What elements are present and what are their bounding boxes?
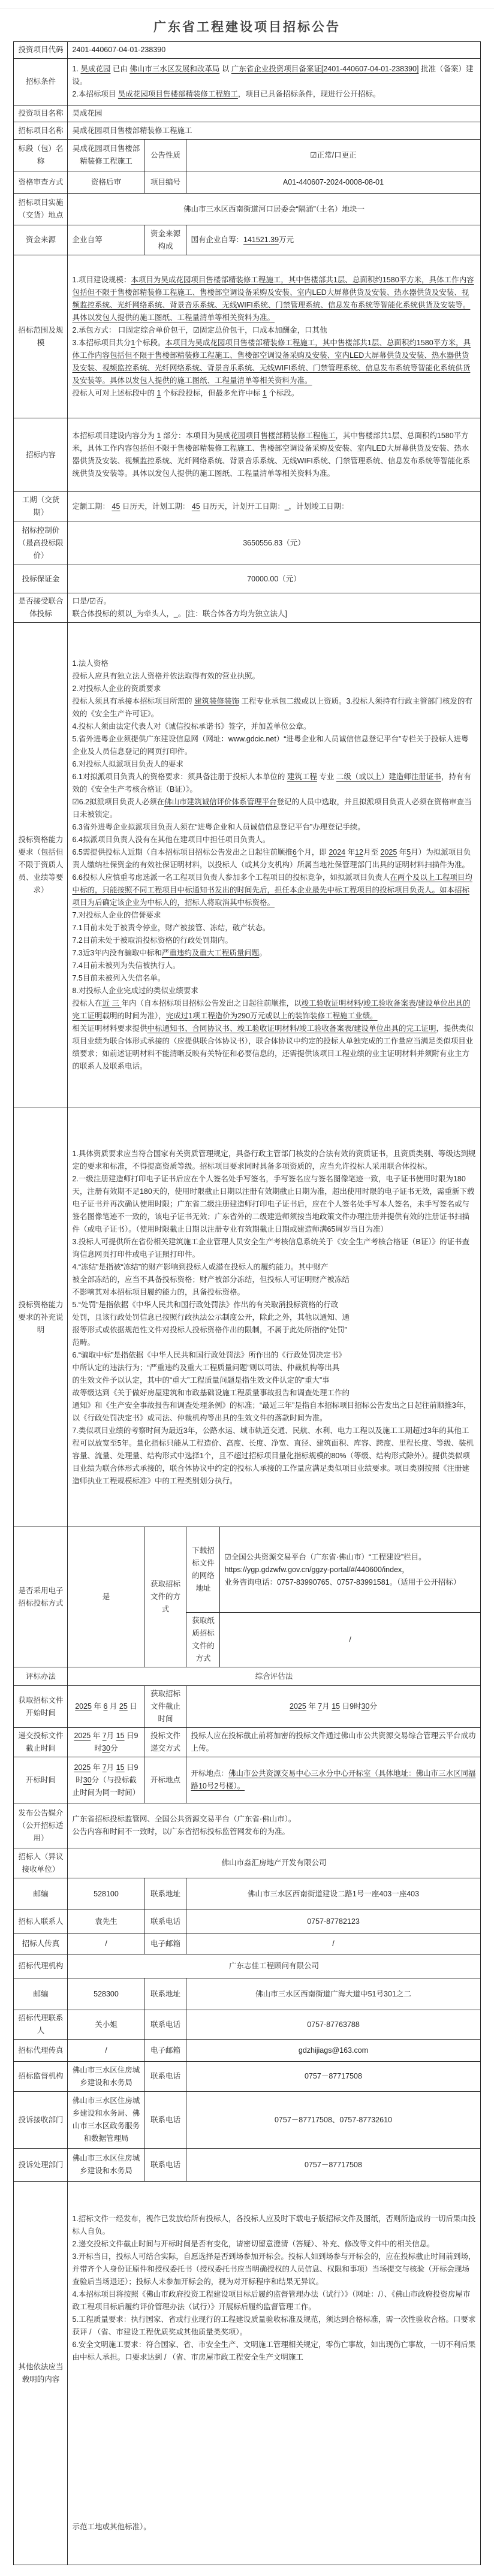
submission-method-value: 投标人应在投标截止前将加密的投标文件通过佛山市公共资源交易综合管理云平台成功上传…: [186, 1728, 480, 1757]
bid-bond-label: 投标保证金: [14, 565, 68, 593]
doc-download-url-value: ☑全国公共资源交易平台（广东省·佛山市）“工程建设”栏目。https://ygp…: [220, 1527, 480, 1613]
agency-email-label: 电子邮箱: [144, 2040, 186, 2062]
agency-value: 广东志佳工程顾问有限公司: [68, 1954, 480, 1978]
table-row-evaluation-method: 评标办法综合评估法: [14, 1667, 480, 1686]
table-row-construction-period: 工期（交货期）定额工期： 45 日历天，计划工期： 45 日历天，计划开工日期：…: [14, 492, 480, 521]
complaint-receiving-label: 投诉接收部门: [14, 2092, 68, 2149]
table-row-tender-content: 招标内容本招标项目建设内容分为 1 部分：本项目为昊成花园项目售楼部精装修工程施…: [14, 418, 480, 492]
doc-obtain-deadline-value: 2025 年 7月 15 日9时30分: [186, 1686, 480, 1728]
fund-composition-value: 国有企业自筹：141521.39万元: [186, 225, 480, 255]
tenderer-postcode-value: 528100: [68, 1878, 144, 1910]
agency-postcode-label: 邮编: [14, 1978, 68, 2010]
construction-period-value: 定额工期： 45 日历天，计划工期： 45 日历天，计划开工日期：_，计划竣工日…: [68, 492, 480, 521]
tenderer-address-value: 佛山市三水区西南街道建设二路1号一座403一座403: [186, 1878, 480, 1910]
doc-obtain-method-label: 获取招标文件的方式: [144, 1527, 186, 1667]
control-price-value: 3650556.83（元）: [68, 521, 480, 565]
tender-scope-value: 1.项目建设规模：本项目为昊成花园项目售楼部精装修工程施工，其中售楼部共1层、总…: [68, 255, 480, 418]
tenderer-fax-value: /: [68, 1933, 144, 1954]
table-row-tenderer-fax: 招标人传真/电子邮箱/: [14, 1933, 480, 1954]
table-row-agency-postcode: 邮编528300联系地址佛山市三水区西南街道广海大道中51号301之二: [14, 1978, 480, 2010]
table-row-complaint-handling: 投诉处理部门佛山市三水区住房城乡建设和水务局联系电话0757－87717508: [14, 2149, 480, 2182]
tenderer-email-value: /: [186, 1933, 480, 1954]
announcement-media-value: 广东省招标投标监管网、全国公共资源交易平台（广东省·佛山市）。公告内容和时间不一…: [68, 1803, 480, 1848]
table-row-submission-deadline: 递交投标文件截止时间2025 年 7月 15 日9时30分投标文件递交方式投标人…: [14, 1728, 480, 1757]
agency-contact-value: 关小姐: [68, 2010, 144, 2040]
table-row-qualification-review: 资格审查方式资格后审项目编号A01-440607-2024-0008-08-01: [14, 171, 480, 194]
announcement-page: 广东省工程建设项目招标公告 投资项目代码2401-440607-04-01-23…: [0, 8, 494, 2565]
agency-contact-label: 招标代理联系人: [14, 2010, 68, 2040]
supervision-value: 佛山市三水区住房城乡建设和水务局: [68, 2062, 144, 2092]
tender-content-label: 招标内容: [14, 418, 68, 492]
opening-place-label: 开标地点: [144, 1757, 186, 1803]
tender-scope-label: 招标范围及规模: [14, 255, 68, 418]
consortium-label: 是否接受联合体投标: [14, 593, 68, 623]
project-number-label: 项目编号: [144, 171, 186, 194]
evaluation-method-value: 综合评估法: [68, 1667, 480, 1686]
notice-nature-label: 公告性质: [144, 140, 186, 171]
table-row-bid-bond: 投标保证金70000.00（元）: [14, 565, 480, 593]
table-row-tenderer-postcode: 邮编528100联系地址佛山市三水区西南街道建设二路1号一座403一座403: [14, 1878, 480, 1910]
doc-obtain-start-value: 2025 年 6 月 25 日: [68, 1686, 144, 1728]
submission-method-label: 投标文件递交方式: [144, 1728, 186, 1757]
other-content-label: 其他依法应当载明的内容: [14, 2182, 68, 2565]
fund-source-label: 资金来源: [14, 225, 68, 255]
table-row-delivery-location: 招标项目实施（交货）地点佛山市三水区西南街道河口居委会“隔涌”（土名）地块一: [14, 194, 480, 225]
tender-content-value: 本招标项目建设内容分为 1 部分：本项目为昊成花园项目售楼部精装修工程施工，其中…: [68, 418, 480, 492]
tenderer-address-label: 联系地址: [144, 1878, 186, 1910]
table-row-control-price: 招标控制价（最高投标限价）3650556.83（元）: [14, 521, 480, 565]
table-row-agency-contact: 招标代理联系人关小姐联系电话0757-87763788: [14, 2010, 480, 2040]
table-row-e-bidding: 是否采用电子招标投标方式是获取招标文件的方式下载招标文件的网络地址☑全国公共资源…: [14, 1527, 480, 1613]
qualification-review-label: 资格审查方式: [14, 171, 68, 194]
complaint-receiving-value: 佛山市三水区住房城乡建设和水务局、佛山市三水区政务服务和数据管理局: [68, 2092, 144, 2149]
tender-conditions-label: 招标条件: [14, 59, 68, 105]
table-row-supervision: 招标监督机构佛山市三水区住房城乡建设和水务局联系电话0757－87717508: [14, 2062, 480, 2092]
delivery-location-value: 佛山市三水区西南街道河口居委会“隔涌”（土名）地块一: [68, 194, 480, 225]
fund-composition-label: 资金来源构成: [144, 225, 186, 255]
tenderer-phone-value: 0757-87782123: [186, 1910, 480, 1933]
table-row-tender-conditions: 招标条件1. 昊成花园 已由 佛山市三水区发展和改革局 以 广东省企业投资项目备…: [14, 59, 480, 105]
announcement-media-label: 发布公告媒介（公开招标适用）: [14, 1803, 68, 1848]
agency-phone-value: 0757-87763788: [186, 2010, 480, 2040]
table-row-qualification-notes: 投标资格能力要求的补充说明1.具体资质要求应当符合国家有关资质管理规定，具备行政…: [14, 1108, 480, 1527]
notice-nature-value: ☑正常/口更正: [186, 140, 480, 171]
top-divider: [0, 8, 494, 8]
project-number-value: A01-440607-2024-0008-08-01: [186, 171, 480, 194]
agency-fax-value: /: [68, 2040, 144, 2062]
complaint-handling-label: 投诉处理部门: [14, 2149, 68, 2182]
e-bidding-value: 是: [68, 1527, 144, 1667]
announcement-table-body: 投资项目代码2401-440607-04-01-238390招标条件1. 昊成花…: [14, 42, 480, 2565]
page-title: 广东省工程建设项目招标公告: [0, 17, 494, 35]
doc-obtain-start-label: 获取招标文件开始时间: [14, 1686, 68, 1728]
tenderer-label: 招标人（异议接收单位）: [14, 1848, 68, 1878]
complaint-handling-phone-label: 联系电话: [144, 2149, 186, 2182]
investment-name-value: 昊成花园: [68, 105, 480, 122]
table-row-agency: 招标代理机构广东志佳工程顾问有限公司: [14, 1954, 480, 1978]
table-row-investment-code: 投资项目代码2401-440607-04-01-238390: [14, 42, 480, 59]
submission-deadline-label: 递交投标文件截止时间: [14, 1728, 68, 1757]
opening-time-label: 开标时间: [14, 1757, 68, 1803]
qualification-notes-label: 投标资格能力要求的补充说明: [14, 1108, 68, 1527]
supervision-label: 招标监督机构: [14, 2062, 68, 2092]
qualification-requirements-value: 1.法人资格投标人应具有独立法人资格并依法取得有效的营业执照。2.对投标人企业的…: [68, 623, 480, 1108]
agency-postcode-value: 528300: [68, 1978, 144, 2010]
table-row-qualification-requirements: 投标资格能力要求（包括但不限于资质人员、业绩等要求）1.法人资格投标人应具有独立…: [14, 623, 480, 1108]
investment-code-label: 投资项目代码: [14, 42, 68, 59]
tenderer-value: 佛山市淼汇房地产开发有限公司: [68, 1848, 480, 1878]
table-row-announcement-media: 发布公告媒介（公开招标适用）广东省招标投标监管网、全国公共资源交易平台（广东省·…: [14, 1803, 480, 1848]
table-row-consortium: 是否接受联合体投标口是/☑否。联合体投标的须以_为牵头人，_。[注：联合体各方均…: [14, 593, 480, 623]
section-name-label: 标段（包）名称: [14, 140, 68, 171]
tenderer-phone-label: 联系电话: [144, 1910, 186, 1933]
complaint-handling-value: 佛山市三水区住房城乡建设和水务局: [68, 2149, 144, 2182]
bid-bond-value: 70000.00（元）: [68, 565, 480, 593]
tenderer-fax-label: 招标人传真: [14, 1933, 68, 1954]
table-row-agency-fax: 招标代理传真/电子邮箱gdzhijiags@163.com: [14, 2040, 480, 2062]
table-row-fund-source: 资金来源企业自筹资金来源构成国有企业自筹：141521.39万元: [14, 225, 480, 255]
doc-download-url-label: 下载招标文件的网络地址: [186, 1527, 220, 1613]
investment-code-value: 2401-440607-04-01-238390: [68, 42, 480, 59]
control-price-label: 招标控制价（最高投标限价）: [14, 521, 68, 565]
supervision-phone-label: 联系电话: [144, 2062, 186, 2092]
opening-place-value: 开标地点：佛山市公共资源交易中心三水分中心开标室（具体地址：佛山市三水区同福路1…: [186, 1757, 480, 1803]
agency-phone-label: 联系电话: [144, 2010, 186, 2040]
tenderer-email-label: 电子邮箱: [144, 1933, 186, 1954]
agency-address-value: 佛山市三水区西南街道广海大道中51号301之二: [186, 1978, 480, 2010]
agency-fax-label: 招标代理传真: [14, 2040, 68, 2062]
tender-project-name-value: 昊成花园项目售楼部精装修工程施工: [68, 122, 480, 140]
e-bidding-label: 是否采用电子招标投标方式: [14, 1527, 68, 1667]
tender-conditions-value: 1. 昊成花园 已由 佛山市三水区发展和改革局 以 广东省企业投资项目备案证[2…: [68, 59, 480, 105]
table-row-tenderer-contact: 招标人联系人袁先生联系电话0757-87782123: [14, 1910, 480, 1933]
tenderer-contact-value: 袁先生: [68, 1910, 144, 1933]
table-row-tender-scope: 招标范围及规模1.项目建设规模：本项目为昊成花园项目售楼部精装修工程施工，其中售…: [14, 255, 480, 418]
opening-time-value: 2025 年 7月 15 日9时30分（与投标截止时间为同一时间）: [68, 1757, 144, 1803]
complaint-handling-phone-value: 0757－87717508: [186, 2149, 480, 2182]
supervision-phone-value: 0757－87717508: [186, 2062, 480, 2092]
table-row-doc-obtain-time: 获取招标文件开始时间2025 年 6 月 25 日获取招标文件截止时间2025 …: [14, 1686, 480, 1728]
agency-email-value: gdzhijiags@163.com: [186, 2040, 480, 2062]
qualification-notes-value: 1.具体资质要求应当符合国家有关资质管理规定，具备行政主管部门核发的合法有效的资…: [68, 1108, 480, 1527]
delivery-location-label: 招标项目实施（交货）地点: [14, 194, 68, 225]
table-row-investment-name: 投资项目名称昊成花园: [14, 105, 480, 122]
section-name-value: 昊成花园项目售楼部精装修工程施工: [68, 140, 144, 171]
fund-source-value: 企业自筹: [68, 225, 144, 255]
tenderer-postcode-label: 邮编: [14, 1878, 68, 1910]
tender-project-name-label: 招标项目名称: [14, 122, 68, 140]
complaint-receiving-phone-label: 联系电话: [144, 2092, 186, 2149]
consortium-value: 口是/☑否。联合体投标的须以_为牵头人，_。[注：联合体各方均为独立法人]: [68, 593, 480, 623]
other-content-value: 1.招标文件一经发布，视作已发放给所有投标人，各投标人应及时下载电子版招标文件及…: [68, 2182, 480, 2565]
qualification-requirements-label: 投标资格能力要求（包括但不限于资质人员、业绩等要求）: [14, 623, 68, 1108]
table-row-complaint-receiving: 投诉接收部门佛山市三水区住房城乡建设和水务局、佛山市三水区政务服务和数据管理局联…: [14, 2092, 480, 2149]
submission-deadline-value: 2025 年 7月 15 日9时30分: [68, 1728, 144, 1757]
agency-label: 招标代理机构: [14, 1954, 68, 1978]
paper-doc-value: /: [220, 1613, 480, 1667]
table-row-opening-time: 开标时间2025 年 7月 15 日9时30分（与投标截止时间为同一时间）开标地…: [14, 1757, 480, 1803]
paper-doc-label: 获取纸质招标文件的方式: [186, 1613, 220, 1667]
table-row-tenderer: 招标人（异议接收单位）佛山市淼汇房地产开发有限公司: [14, 1848, 480, 1878]
table-row-tender-project-name: 招标项目名称昊成花园项目售楼部精装修工程施工: [14, 122, 480, 140]
investment-name-label: 投资项目名称: [14, 105, 68, 122]
announcement-table: 投资项目代码2401-440607-04-01-238390招标条件1. 昊成花…: [13, 41, 480, 2565]
complaint-receiving-phone-value: 0757－87717508、0757-87732610: [186, 2092, 480, 2149]
table-row-other-content: 其他依法应当载明的内容1.招标文件一经发布，视作已发放给所有投标人，各投标人应及…: [14, 2182, 480, 2565]
construction-period-label: 工期（交货期）: [14, 492, 68, 521]
table-row-section-name: 标段（包）名称昊成花园项目售楼部精装修工程施工公告性质☑正常/口更正: [14, 140, 480, 171]
tenderer-contact-label: 招标人联系人: [14, 1910, 68, 1933]
qualification-review-value: 资格后审: [68, 171, 144, 194]
evaluation-method-label: 评标办法: [14, 1667, 68, 1686]
agency-address-label: 联系地址: [144, 1978, 186, 2010]
doc-obtain-deadline-label: 获取招标文件截止时间: [144, 1686, 186, 1728]
